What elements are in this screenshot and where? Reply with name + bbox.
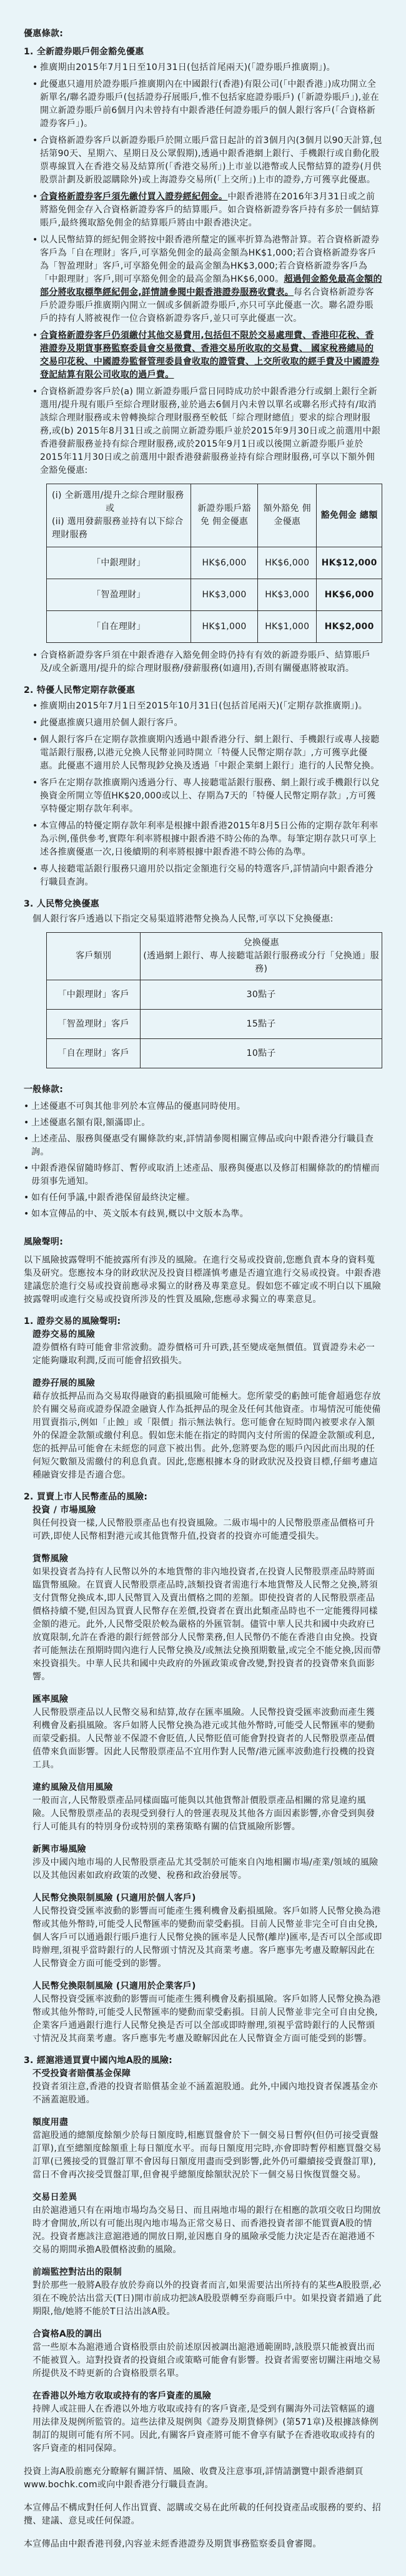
promo-terms-document: 優惠條款: 1. 全新證券賬戶佣金豁免優惠 •推廣期由2015年7月1日至10月…: [0, 0, 406, 2576]
bullet-text: 合資格新證券客戶須在中銀香港存入豁免佣金時仍持有有效的新證券賬戶、結算賬戶及/或…: [40, 650, 370, 674]
bullet-text: 此優惠推廣只適用於個人銀行客戶。: [40, 718, 183, 728]
table-header-line: 兌換優惠: [143, 937, 379, 950]
risk-subsection-body: 與任何投資一樣,人民幣股票產品也有投資風險。二級市場中的人民幣股票產品價格可升可…: [32, 1517, 382, 1543]
bullet-text: 此優惠只適用於證券賬戶推廣期內在中國銀行(香港)有限公司(「中銀香港」)成功開立…: [40, 79, 379, 129]
bullet-item: •此優惠推廣只適用於個人銀行客戶。: [32, 717, 382, 730]
risk-subsection-body: 對於那些一般將A股存放於券商以外的投資者而言,如果需要沽出所持有的某些A股股票,…: [32, 2279, 382, 2319]
offers-title: 優惠條款:: [24, 27, 382, 41]
risk-subsection-body: 涉及中國內地市場的人民幣股票產品尤其受制於可能來自內地相關市場/產業/領域的風險…: [32, 1856, 382, 1882]
table-cell: 30點子: [141, 980, 382, 1010]
bullet-item: •中銀香港保留隨時修訂、暫停或取消上述產品、服務與優惠以及修訂相關條款的酌情權而…: [24, 1162, 382, 1188]
website-url: www.bochk.com: [24, 2480, 97, 2490]
table-header-cell: 新證券賬戶豁免 佣金優惠: [191, 484, 257, 547]
risk-subsection-title: 交易日差異: [32, 2191, 382, 2204]
risk-subsection-body: 持牌人或註冊人在香港以外地方收取或持有的客戶資產,是受到有關海外司法管轄區的適用…: [32, 2403, 382, 2455]
bullet-marker: •: [24, 1191, 29, 1205]
bullet-item: •上述產品、服務與優惠受有關條款約束,詳情請參閱相關宣傳品或向中銀香港分行職員查…: [24, 1133, 382, 1159]
section-rmb-time-deposit: 2. 特優人民幣定期存款優惠 •推廣期由2015年7月1日至2015年10月31…: [24, 684, 382, 889]
risk-group-heading: 1. 證券交易的風險聲明:: [24, 1315, 382, 1328]
bullet-marker: •: [32, 700, 38, 713]
bullet-item: •以人民幣結算的經紀佣金將按中銀香港所釐定的匯率折算為港幣計算。若合資格新證券客…: [32, 234, 382, 326]
risk-subsection: 交易日差異 由於滬港通只有在兩地市場均為交易日、而且兩地市場的銀行在相應的款項交…: [24, 2191, 382, 2257]
table-row: 「中銀理財」客戶 30點子: [47, 980, 382, 1010]
bullet-item: •合資格新證券客戶仍須繳付其他交易費用,包括但不限於交易處理費、香港印花稅、香港…: [32, 329, 382, 382]
table-header-line: (ii) 選用發薪服務並持有以下綜合理財服務: [52, 515, 186, 542]
bullet-marker: •: [32, 61, 38, 74]
risk-subsection: 證券孖展的風險 藉存放抵押品而為交易取得融資的虧損風險可能極大。您所蒙受的虧蝕可…: [24, 1377, 382, 1482]
risk-subsection-body: 人民幣投資受匯率波動的影響而可能產生獲利機會及虧損風險。客戶如將人民幣兌換為港幣…: [32, 1905, 382, 1971]
bullet-item: •上述優惠名額有限,額滿即止。: [24, 1116, 382, 1130]
section-1-heading: 1. 全新證券賬戶佣金豁免優惠: [24, 46, 382, 59]
bullet-text: 合資格新證券客戶以新證券賬戶於開立賬戶當日起計的首3個月內(3個月以90天計算,…: [40, 136, 382, 185]
table-cell: 「智盈理財」客戶: [47, 1010, 141, 1039]
bullet-text: 如本宣傳品的中、英文版本有歧異,概以中文版本為準。: [31, 1209, 249, 1219]
risk-subsection: 新興市場風險 涉及中國內地市場的人民幣股票產品尤其受制於可能來自內地相關市場/產…: [24, 1843, 382, 1882]
table-cell: 「自在理財」: [47, 611, 191, 643]
bullet-item: •合資格新證券客戶以新證券賬戶於開立賬戶當日起計的首3個月內(3個月以90天計算…: [32, 134, 382, 187]
bullet-text: 上述產品、服務與優惠受有關條款約束,詳情請參閱相關宣傳品或向中銀香港分行職員查詢…: [31, 1134, 374, 1157]
risk-subsection-body: 證券價格有時可能會非常波動。證券價格可升可跌,甚至變成毫無價值。買賣證券未必一定…: [32, 1341, 382, 1368]
risk-subsection: 貨幣風險 如果投資者為持有人民幣以外的本地貨幣的非內地投資者,在投資人民幣股票產…: [24, 1553, 382, 1684]
table-cell: HK$3,000: [191, 579, 257, 611]
risk-subsection-body: 人民幣股票產品以人民幣交易和結算,故存在匯率風險。人民幣投資受匯率波動而產生獲利…: [32, 1706, 382, 1772]
footer-paragraph: 本宣傳品不構成對任何人作出買賣、認購或交易在此所載的任何投資產品或服務的要約、招…: [24, 2502, 382, 2528]
bullet-marker: •: [32, 234, 38, 247]
bullet-marker: •: [32, 820, 38, 833]
risk-subsection-body: 藉存放抵押品而為交易取得融資的虧損風險可能極大。您所蒙受的虧蝕可能會超過您存放於…: [32, 1390, 382, 1482]
bullet-text: 推廣期由2015年7月1日至10月31日(包括首尾兩天)(「證券賬戶推廣期」)。: [40, 62, 335, 72]
risk-subsection: 違約風險及信用風險 一般而言,人民幣股票產品同樣面臨可能與以其他貨幣計價股票產品…: [24, 1781, 382, 1834]
general-terms-list: •上述優惠不可與其他非列於本宣傳品的優惠同時使用。 •上述優惠名額有限,額滿即止…: [24, 1100, 382, 1221]
bullet-marker: •: [24, 1116, 29, 1130]
footer-text: 投資上海A股前應充分瞭解有關詳情、風險、收費及注意事項,詳情請瀏覽中銀香港網頁: [24, 2467, 364, 2477]
risk-subsection: 額度用盡 當滬股通的總額度餘額少於每日額度時,相應買盤會於下一個交易日暫停(但仍…: [24, 2116, 382, 2182]
risk-group-heading: 2. 買賣上市人民幣產品的風險:: [24, 1491, 382, 1504]
table-cell: 「中銀理財」客戶: [47, 980, 141, 1010]
table-header-cell: 額外豁免 佣金優惠: [258, 484, 317, 547]
table-row: 「自在理財」 HK$1,000 HK$1,000 HK$2,000: [47, 611, 382, 643]
table-header-cell: 豁免佣金 總額: [317, 484, 382, 547]
table-row: 「智盈理財」客戶 15點子: [47, 1010, 382, 1039]
risk-subsection-title: 在香港以外地方收取或持有的客戶資產的風險: [32, 2390, 382, 2403]
table-header-cell: (i) 全新選用/提升之綜合理財服務 或 (ii) 選用發薪服務並持有以下綜合理…: [47, 484, 191, 547]
risk-subsection-title: 證券交易的風險: [32, 1328, 382, 1341]
bullet-marker: •: [24, 1133, 29, 1146]
risk-subsection-body: 如果投資者為持有人民幣以外的本地貨幣的非內地投資者,在投資人民幣股票產品時將面臨…: [32, 1566, 382, 1684]
table-header-row: 客戶類別 兌換優惠 (透過網上銀行、專人接聽電話銀行服務或分行「兌換通」服務): [47, 933, 382, 980]
risk-subsection-body: 當一些原本為滬港通合資格股票由於前述原因被調出滬港通範圍時,該股票只能被賣出而不…: [32, 2341, 382, 2380]
table-cell: 「智盈理財」: [47, 579, 191, 611]
risk-subsection: 不受投資者賠償基金保障 投資者須注意,香港的投資者賠償基金並不涵蓋滬股通。此外,…: [24, 2067, 382, 2107]
risk-subsection: 匯率風險 人民幣股票產品以人民幣交易和結算,故存在匯率風險。人民幣投資受匯率波動…: [24, 1693, 382, 1772]
bullet-text: 客戶在定期存款推廣期內透過分行、專人接聽電話銀行服務、網上銀行或手機銀行以兌換資…: [40, 778, 379, 814]
bullet-text: 本宣傳品的特優定期存款年利率是根據中銀香港2015年8月5日公佈的定期存款年利率…: [40, 821, 378, 857]
table-cell: 「自在理財」客戶: [47, 1039, 141, 1068]
risk-subsection-title: 人民幣兌換限制風險 (只適用於個人客戶): [32, 1892, 382, 1905]
bullet-marker: •: [32, 777, 38, 790]
risk-group-securities: 1. 證券交易的風險聲明: 證券交易的風險 證券價格有時可能會非常波動。證券價格…: [24, 1315, 382, 1482]
exchange-offer-table: 客戶類別 兌換優惠 (透過網上銀行、專人接聽電話銀行服務或分行「兌換通」服務) …: [46, 932, 382, 1068]
bullet-text: 上述優惠名額有限,額滿即止。: [31, 1118, 151, 1128]
bullet-item: •上述優惠不可與其他非列於本宣傳品的優惠同時使用。: [24, 1100, 382, 1113]
risk-subsection: 合資格A股的調出 當一些原本為滬港通合資格股票由於前述原因被調出滬港通範圍時,該…: [24, 2328, 382, 2380]
bullet-marker: •: [32, 863, 38, 876]
bullet-item: •如本宣傳品的中、英文版本有歧異,概以中文版本為準。: [24, 1208, 382, 1221]
risk-subsection-title: 貨幣風險: [32, 1553, 382, 1566]
bullet-text: 合資格新證券客戶於(a) 開立新證券賬戶當日同時成功於中銀香港分行或網上銀行全新…: [40, 387, 380, 475]
table-cell: HK$1,000: [191, 611, 257, 643]
bullet-item: •客戶在定期存款推廣期內透過分行、專人接聽電話銀行服務、網上銀行或手機銀行以兌換…: [32, 777, 382, 816]
risk-subsection: 前端監控對沽出的限制 對於那些一般將A股存放於券商以外的投資者而言,如果需要沽出…: [24, 2266, 382, 2319]
bullet-marker: •: [32, 134, 38, 147]
table-row: 「自在理財」客戶 10點子: [47, 1039, 382, 1068]
risk-subsection-body: 投資者須注意,香港的投資者賠償基金並不涵蓋滬股通。此外,中國內地投資者保護基金亦…: [32, 2081, 382, 2107]
table-header-line: (i) 全新選用/提升之綜合理財服務: [52, 489, 186, 502]
risk-subsection-title: 合資格A股的調出: [32, 2328, 382, 2341]
section-rmb-exchange-offer: 3. 人民幣兌換優惠 個人銀行客戶透過以下指定交易渠道將港幣兌換為人民幣,可享以…: [24, 898, 382, 1068]
risk-subsection-title: 前端監控對沽出的限制: [32, 2266, 382, 2279]
risk-statement-title: 風險聲明:: [24, 1236, 382, 1249]
table-header-line: 或: [52, 502, 186, 515]
bullet-marker: •: [32, 649, 38, 662]
footer-paragraph: 本宣傳品由中銀香港刊發,內容並未經香港證券及期貨事務監察委員會審閱。: [24, 2538, 382, 2551]
risk-subsection: 人民幣兌換限制風險 (只適用於個人客戶) 人民幣投資受匯率波動的影響而可能產生獲…: [24, 1892, 382, 1971]
section-new-securities-account: 1. 全新證券賬戶佣金豁免優惠 •推廣期由2015年7月1日至10月31日(包括…: [24, 46, 382, 675]
risk-group-heading: 3. 經滬港通買賣中國內地A股的風險:: [24, 2054, 382, 2067]
risk-subsection-body: 當滬股通的總額度餘額少於每日額度時,相應買盤會於下一個交易日暫停(但仍可接受賣盤…: [32, 2129, 382, 2182]
section-2-heading: 2. 特優人民幣定期存款優惠: [24, 684, 382, 697]
risk-subsection: 人民幣兌換限制風險 (只適用於企業客戶) 人民幣投資受匯率波動的影響而可能產生獲…: [24, 1980, 382, 2046]
bullet-item: •個人銀行客戶在定期存款推廣期內透過中銀香港分行、網上銀行、手機銀行或專人接聽電…: [32, 734, 382, 773]
risk-subsection-title: 投資 / 市場風險: [32, 1504, 382, 1517]
commission-waiver-table: (i) 全新選用/提升之綜合理財服務 或 (ii) 選用發薪服務並持有以下綜合理…: [46, 484, 382, 643]
bullet-text: 專人接聽電話銀行服務只適用於以指定金額進行交易的特選客戶,詳情請向中銀香港分行職…: [40, 864, 374, 887]
bullet-item: •推廣期由2015年7月1日至10月31日(包括首尾兩天)(「證券賬戶推廣期」)…: [32, 61, 382, 74]
bullet-marker: •: [32, 78, 38, 91]
bullet-marker: •: [24, 1100, 29, 1113]
bullet-marker: •: [32, 329, 38, 342]
table-cell: HK$12,000: [317, 547, 382, 579]
bullet-item: •如有任何爭議,中銀香港保留最終決定權。: [24, 1191, 382, 1205]
risk-subsection-title: 人民幣兌換限制風險 (只適用於企業客戶): [32, 1980, 382, 1993]
table-cell: HK$6,000: [317, 579, 382, 611]
table-row: 「中銀理財」 HK$6,000 HK$6,000 HK$12,000: [47, 547, 382, 579]
risk-subsection-body: 人民幣投資受匯率波動的影響而可能產生獲利機會及虧損風險。客戶如將人民幣兌換為港幣…: [32, 1993, 382, 2046]
risk-subsection-title: 額度用盡: [32, 2116, 382, 2129]
table-cell: HK$6,000: [258, 547, 317, 579]
footer-paragraph: 投資上海A股前應充分瞭解有關詳情、風險、收費及注意事項,詳情請瀏覽中銀香港網頁w…: [24, 2465, 382, 2492]
risk-intro: 以下風險披露聲明不能披露所有涉及的風險。在進行交易或投資前,您應負責本身的資料蒐…: [24, 1254, 382, 1306]
bullet-item: •專人接聽電話銀行服務只適用於以指定金額進行交易的特選客戶,詳情請向中銀香港分行…: [32, 863, 382, 889]
footer-text: 或向中銀香港分行職員查詢。: [97, 2480, 214, 2490]
bullet-item: •合資格新證券客戶須在中銀香港存入豁免佣金時仍持有有效的新證券賬戶、結算賬戶及/…: [32, 649, 382, 675]
bullet-marker: •: [32, 734, 38, 747]
risk-subsection-body: 一般而言,人民幣股票產品同樣面臨可能與以其他貨幣計價股票產品相關的常見違約風險。…: [32, 1794, 382, 1834]
bullet-text-emphasis: 合資格新證券客戶須先繳付買入證券經紀佣金。: [40, 192, 227, 202]
bullet-marker: •: [24, 1162, 29, 1175]
bullet-text: 推廣期由2015年7月1日至2015年10月31日(包括首尾兩天)(「定期存款推…: [40, 701, 367, 711]
risk-subsection-title: 違約風險及信用風險: [32, 1781, 382, 1794]
bullet-marker: •: [32, 385, 38, 399]
risk-group-rmb-products: 2. 買賣上市人民幣產品的風險: 投資 / 市場風險 與任何投資一樣,人民幣股票…: [24, 1491, 382, 2046]
risk-subsection: 證券交易的風險 證券價格有時可能會非常波動。證券價格可升可跌,甚至變成毫無價值。…: [24, 1328, 382, 1368]
risk-group-shanghai-hk-connect: 3. 經滬港通買賣中國內地A股的風險: 不受投資者賠償基金保障 投資者須注意,香…: [24, 2054, 382, 2455]
bullet-marker: •: [32, 717, 38, 730]
risk-subsection: 在香港以外地方收取或持有的客戶資產的風險 持牌人或註冊人在香港以外地方收取或持有…: [24, 2390, 382, 2455]
table-row: 「智盈理財」 HK$3,000 HK$3,000 HK$6,000: [47, 579, 382, 611]
table-cell: 15點子: [141, 1010, 382, 1039]
risk-subsection-title: 不受投資者賠償基金保障: [32, 2067, 382, 2081]
general-terms-title: 一般條款:: [24, 1083, 382, 1097]
table-cell: HK$1,000: [258, 611, 317, 643]
bullet-item: •推廣期由2015年7月1日至2015年10月31日(包括首尾兩天)(「定期存款…: [32, 700, 382, 713]
table-header-cell: 兌換優惠 (透過網上銀行、專人接聽電話銀行服務或分行「兌換通」服務): [141, 933, 382, 980]
bullet-marker: •: [24, 1208, 29, 1221]
table-header-cell: 客戶類別: [47, 933, 141, 980]
risk-subsection-body: 由於滬港通只有在兩地市場均為交易日、而且兩地市場的銀行在相應的款項交收日均開放時…: [32, 2204, 382, 2257]
bullet-text-emphasis: 合資格新證券客戶仍須繳付其他交易費用,包括但不限於交易處理費、香港印花稅、香港證…: [40, 331, 379, 380]
table-cell: 「中銀理財」: [47, 547, 191, 579]
table-cell: HK$6,000: [191, 547, 257, 579]
section-3-intro: 個人銀行客戶透過以下指定交易渠道將港幣兌換為人民幣,可享以下兌換優惠:: [32, 913, 382, 926]
table-cell: HK$2,000: [317, 611, 382, 643]
risk-subsection-title: 證券孖展的風險: [32, 1377, 382, 1390]
bullet-text: 上述優惠不可與其他非列於本宣傳品的優惠同時使用。: [31, 1102, 245, 1111]
bullet-marker: •: [32, 191, 38, 204]
table-cell: HK$3,000: [258, 579, 317, 611]
table-header-row: (i) 全新選用/提升之綜合理財服務 或 (ii) 選用發薪服務並持有以下綜合理…: [47, 484, 382, 547]
bullet-text: 個人銀行客戶在定期存款推廣期內透過中銀香港分行、網上銀行、手機銀行或專人接聽電話…: [40, 735, 379, 771]
table-cell: 10點子: [141, 1039, 382, 1068]
risk-subsection: 投資 / 市場風險 與任何投資一樣,人民幣股票產品也有投資風險。二級市場中的人民…: [24, 1504, 382, 1543]
bullet-text: 中銀香港保留隨時修訂、暫停或取消上述產品、服務與優惠以及修訂相關條款的酌情權而毋…: [31, 1163, 380, 1186]
section-3-heading: 3. 人民幣兌換優惠: [24, 898, 382, 911]
bullet-item: •合資格新證券客戶須先繳付買入證券經紀佣金。中銀香港將在2016年3月31日或之…: [32, 191, 382, 230]
risk-subsection-title: 新興市場風險: [32, 1843, 382, 1856]
bullet-item: •此優惠只適用於證券賬戶推廣期內在中國銀行(香港)有限公司(「中銀香港」)成功開…: [32, 78, 382, 131]
risk-subsection-title: 匯率風險: [32, 1693, 382, 1706]
bullet-text: 如有任何爭議,中銀香港保留最終決定權。: [31, 1193, 195, 1203]
table-header-line: (透過網上銀行、專人接聽電話銀行服務或分行「兌換通」服務): [143, 950, 379, 976]
bullet-item: •本宣傳品的特優定期存款年利率是根據中銀香港2015年8月5日公佈的定期存款年利…: [32, 820, 382, 859]
bullet-item: •合資格新證券客戶於(a) 開立新證券賬戶當日同時成功於中銀香港分行或網上銀行全…: [32, 385, 382, 477]
